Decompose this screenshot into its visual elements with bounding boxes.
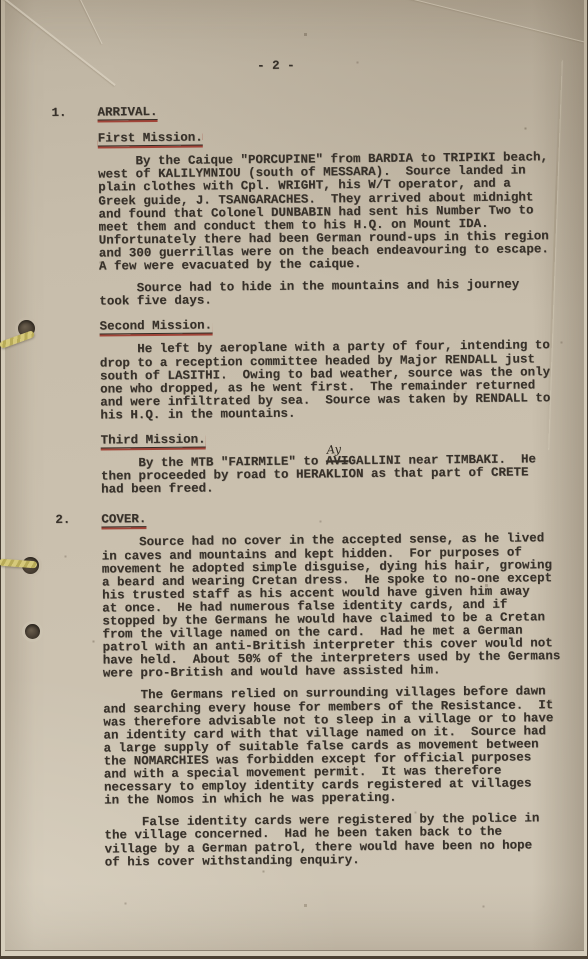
section-number: 2. — [55, 514, 101, 529]
paragraph-line: had been freed. — [101, 479, 569, 497]
paragraph: Source had to hide in the mountains and … — [99, 278, 567, 309]
corrected-word: AyAVI — [326, 455, 349, 468]
section-block: Source had no cover in the accepted sens… — [102, 532, 573, 869]
typed-content: - 2 - 1.ARRIVAL.First Mission. By the Ca… — [51, 57, 573, 870]
punch-hole-bottom — [25, 624, 40, 639]
mission-heading: First Mission. — [98, 128, 566, 147]
mission-heading-text: Third Mission. — [101, 434, 206, 449]
document-body: 1.ARRIVAL.First Mission. By the Caique "… — [51, 102, 572, 869]
paragraph-line: of his cover withstanding enquiry. — [105, 852, 573, 870]
scanned-document-photo: - 2 - 1.ARRIVAL.First Mission. By the Ca… — [0, 0, 588, 959]
section-block: Second Mission. He left by aeroplane wit… — [99, 316, 568, 422]
paragraph: The Germans relied on surrounding villag… — [103, 686, 572, 808]
paper-crease — [380, 0, 584, 42]
mission-heading: Second Mission. — [99, 316, 567, 335]
treasury-tag-string-middle — [0, 559, 37, 569]
paper-specks — [5, 0, 6, 1]
paragraph-line: took five days. — [99, 291, 567, 309]
paragraph: By the Caique "PORCUPINE" from BARDIA to… — [98, 151, 567, 273]
section-block: First Mission. By the Caique "PORCUPINE"… — [98, 128, 568, 309]
paragraph-line: in the Nomos in which he was pperating. — [104, 790, 572, 808]
paragraph-line: were pro-British and would have assisted… — [103, 663, 571, 681]
section-heading: COVER. — [101, 513, 146, 528]
mission-heading-text: Second Mission. — [99, 320, 212, 335]
section-heading: ARRIVAL. — [97, 106, 157, 121]
paragraph-line: his H.Q. in the mountains. — [100, 405, 568, 423]
mission-heading-text: First Mission. — [98, 132, 203, 147]
paragraph: False identity cards were registered by … — [104, 812, 572, 869]
paragraph: Source had no cover in the accepted sens… — [102, 532, 571, 681]
document-page: - 2 - 1.ARRIVAL.First Mission. By the Ca… — [5, 0, 584, 950]
paragraph-line: A few were evacuated by the caique. — [99, 256, 567, 274]
page-number: - 2 - — [257, 57, 565, 73]
section-number: 1. — [51, 107, 97, 122]
handwritten-correction: Ay — [326, 444, 341, 456]
paragraph: He left by aeroplane with a party of fou… — [100, 339, 569, 422]
treasury-tag-string-top — [0, 330, 35, 349]
section-block: Third Mission. By the MTB "FAIRMILE" to … — [101, 430, 570, 497]
paper-crease — [53, 0, 102, 44]
paragraph: By the MTB "FAIRMILE" to AyAVIGALLINI ne… — [101, 453, 569, 497]
section-row: 1.ARRIVAL. — [51, 102, 565, 121]
section-row: 2.COVER. — [55, 509, 569, 528]
